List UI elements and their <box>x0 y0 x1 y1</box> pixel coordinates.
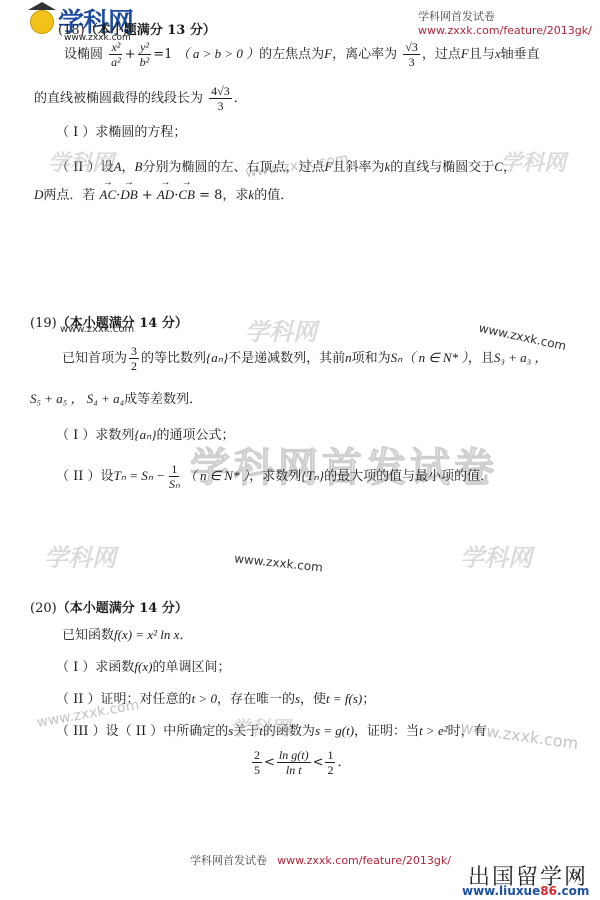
ellipse-x-term: x²a² <box>109 40 123 69</box>
q19-stem-line1: 已知首项为32的等比数列{aₙ}不是递减数列，其前n项和为Sₙ（ n ∈ N* … <box>62 344 547 373</box>
header-title: 学科网首发试卷 <box>418 8 495 24</box>
mascot-cap-icon <box>28 2 56 10</box>
watermark-url: www.zxxk.com <box>459 718 579 753</box>
watermark-logo: 学科网 <box>48 146 114 177</box>
q18-stem-line2: 的直线被椭圆截得的线段长为 4√33． <box>34 84 247 113</box>
mascot-icon <box>30 10 54 34</box>
vector-AC: AC <box>100 187 117 203</box>
watermark-logo: 学科网 <box>460 538 532 573</box>
page-number: 3 <box>572 872 578 882</box>
watermark-logo: 学科网 <box>500 146 566 177</box>
watermark-url: www.zxxk.com <box>60 324 134 335</box>
eccentricity: √33 <box>403 40 420 69</box>
q20-heading: (20)（本小题满分 14 分） <box>30 597 188 616</box>
watermark-logo: 学科网 <box>230 712 290 741</box>
q18-stem-line1: 设椭圆 x²a²+y²b²=1 （ a > b > 0 ）的左焦点为F，离心率为… <box>64 40 540 69</box>
vector-AD: AD <box>157 187 174 203</box>
reciprocal-Sn: 1Sₙ <box>167 462 182 491</box>
ellipse-y-term: y²b² <box>138 40 152 69</box>
q18-part-2-line2: D两点．若 AC·DB + AD·CB = 8，求k的值． <box>34 184 293 203</box>
vector-DB: DB <box>120 187 137 203</box>
q19-part-2: （ II ）设Tₙ = Sₙ −1Sₙ（ n ∈ N* ），求数列{Tₙ}的最大… <box>56 462 493 491</box>
q18-number: (18) <box>58 23 85 38</box>
watermark-logo: 学科网 <box>44 538 116 573</box>
footer-url[interactable]: www.zxxk.com/feature/2013gk/ <box>277 854 451 867</box>
footer-title: 学科网首发试卷 <box>190 854 267 867</box>
brand-liuxue-url[interactable]: www.liuxue86.com <box>462 884 589 898</box>
q19-stem-line2: S₅ + a₅ ， S₄ + a₄成等差数列． <box>30 388 202 407</box>
segment-length: 4√33 <box>209 84 232 113</box>
q18-part-1: （ I ）求椭圆的方程； <box>56 121 186 140</box>
q20-stem: 已知函数f(x) = x² ln x． <box>62 624 192 643</box>
watermark-logo: 学科网 <box>245 312 317 347</box>
q20-part-1: （ I ）求函数f(x)的单调区间； <box>56 656 230 675</box>
header-url: www.zxxk.com/feature/2013gk/ <box>418 24 592 37</box>
q18-heading: (18)（本小题满分 13 分） <box>58 19 216 38</box>
watermark-url: www.zxxk.com <box>234 551 324 574</box>
first-term: 32 <box>129 344 139 373</box>
q20-inequality: 25<ln g(t)ln t<12． <box>250 748 351 777</box>
footer-banner: 学科网首发试卷 www.zxxk.com/feature/2013gk/ <box>190 852 451 868</box>
vector-CB: CB <box>178 187 195 203</box>
